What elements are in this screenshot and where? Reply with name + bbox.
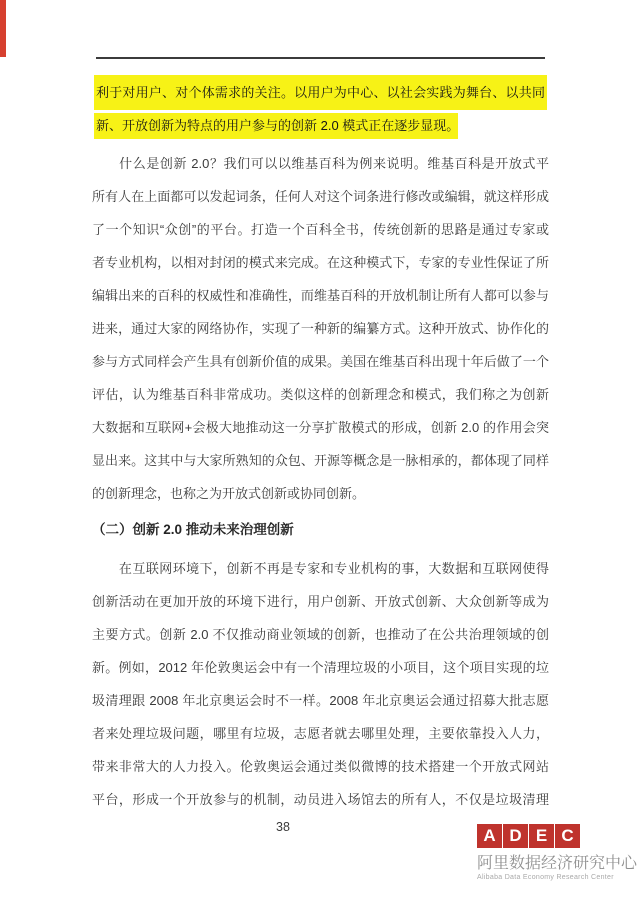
adec-logo-letter-d: D	[503, 824, 528, 848]
text-line: 新。例如，2012 年伦敦奥运会中有一个清理垃圾的小项目，这个项目实现的垃	[92, 651, 549, 684]
text-line: 在互联网环境下，创新不再是专家和专业机构的事，大数据和互联网使得	[92, 552, 549, 585]
text-line: 进来，通过大家的网络协作，实现了一种新的编纂方式。这种开放式、协作化的	[92, 312, 549, 345]
text-line: 大数据和互联网+会极大地推动这一分享扩散模式的形成，创新 2.0 的作用会突	[92, 411, 549, 444]
header-divider-rule	[96, 57, 545, 59]
text-line: 评估，认为维基百科非常成功。类似这样的创新理念和模式，我们称之为创新 2.0。	[92, 378, 549, 411]
adec-logo-english-name: Alibaba Data Economy Research Center	[477, 874, 637, 881]
paragraph-innovation-2.0-definition: 什么是创新 2.0？我们可以以维基百科为例来说明。维基百科是开放式平台， 所有人…	[92, 147, 549, 510]
adec-logo-chinese-name: 阿里数据经济研究中心	[477, 850, 637, 873]
left-edge-red-marker	[0, 0, 6, 57]
paragraph-future-governance-innovation: 在互联网环境下，创新不再是专家和专业机构的事，大数据和互联网使得 创新活动在更加…	[92, 552, 549, 816]
highlighted-text-line: 新、开放创新为特点的用户参与的创新 2.0 模式正在逐步显现。	[94, 113, 458, 139]
text-line: 显出来。这其中与大家所熟知的众包、开源等概念是一脉相承的，都体现了同样	[92, 444, 549, 477]
section-heading: （二）创新 2.0 推动未来治理创新	[92, 513, 549, 546]
text-line: 圾清理跟 2008 年北京奥运会时不一样。2008 年北京奥运会通过招募大批志愿	[92, 684, 549, 717]
document-page: 利于对用户、对个体需求的关注。以用户为中心、以社会实践为舞台、以共同创 新、开放…	[0, 0, 640, 905]
text-line: 创新活动在更加开放的环境下进行，用户创新、开放式创新、大众创新等成为	[92, 585, 549, 618]
adec-logo-letter-blocks: A D E C	[477, 824, 580, 848]
adec-logo-letter-e: E	[529, 824, 554, 848]
text-line: 带来非常大的人力投入。伦敦奥运会通过类似微博的技术搭建一个开放式网站	[92, 750, 549, 783]
text-line: 编辑出来的百科的权威性和准确性，而维基百科的开放机制让所有人都可以参与	[92, 279, 549, 312]
text-line: 主要方式。创新 2.0 不仅推动商业领域的创新，也推动了在公共治理领域的创	[92, 618, 549, 651]
page-number: 38	[267, 820, 299, 834]
text-line: 者来处理垃圾问题，哪里有垃圾，志愿者就去哪里处理，主要依靠投入人力，	[92, 717, 549, 750]
text-line: 的创新理念，也称之为开放式创新或协同创新。	[92, 477, 549, 510]
text-line: 所有人在上面都可以发起词条，任何人对这个词条进行修改或编辑，就这样形成	[92, 180, 549, 213]
text-line: 了一个知识“众创”的平台。打造一个百科全书，传统创新的思路是通过专家或	[92, 213, 549, 246]
adec-logo: A D E C 阿里数据经济研究中心 Alibaba Data Economy …	[477, 824, 637, 881]
text-line: 者专业机构，以相对封闭的模式来完成。在这种模式下，专家的专业性保证了所	[92, 246, 549, 279]
text-line: 参与方式同样会产生具有创新价值的成果。美国在维基百科出现十年后做了一个	[92, 345, 549, 378]
adec-logo-letter-a: A	[477, 824, 502, 848]
highlighted-text-line: 利于对用户、对个体需求的关注。以用户为中心、以社会实践为舞台、以共同创	[94, 75, 547, 110]
adec-logo-letter-c: C	[555, 824, 580, 848]
text-line: 什么是创新 2.0？我们可以以维基百科为例来说明。维基百科是开放式平台，	[92, 147, 549, 180]
text-line: 平台，形成一个开放参与的机制，动员进入场馆去的所有人，不仅是垃圾清理	[92, 783, 549, 816]
